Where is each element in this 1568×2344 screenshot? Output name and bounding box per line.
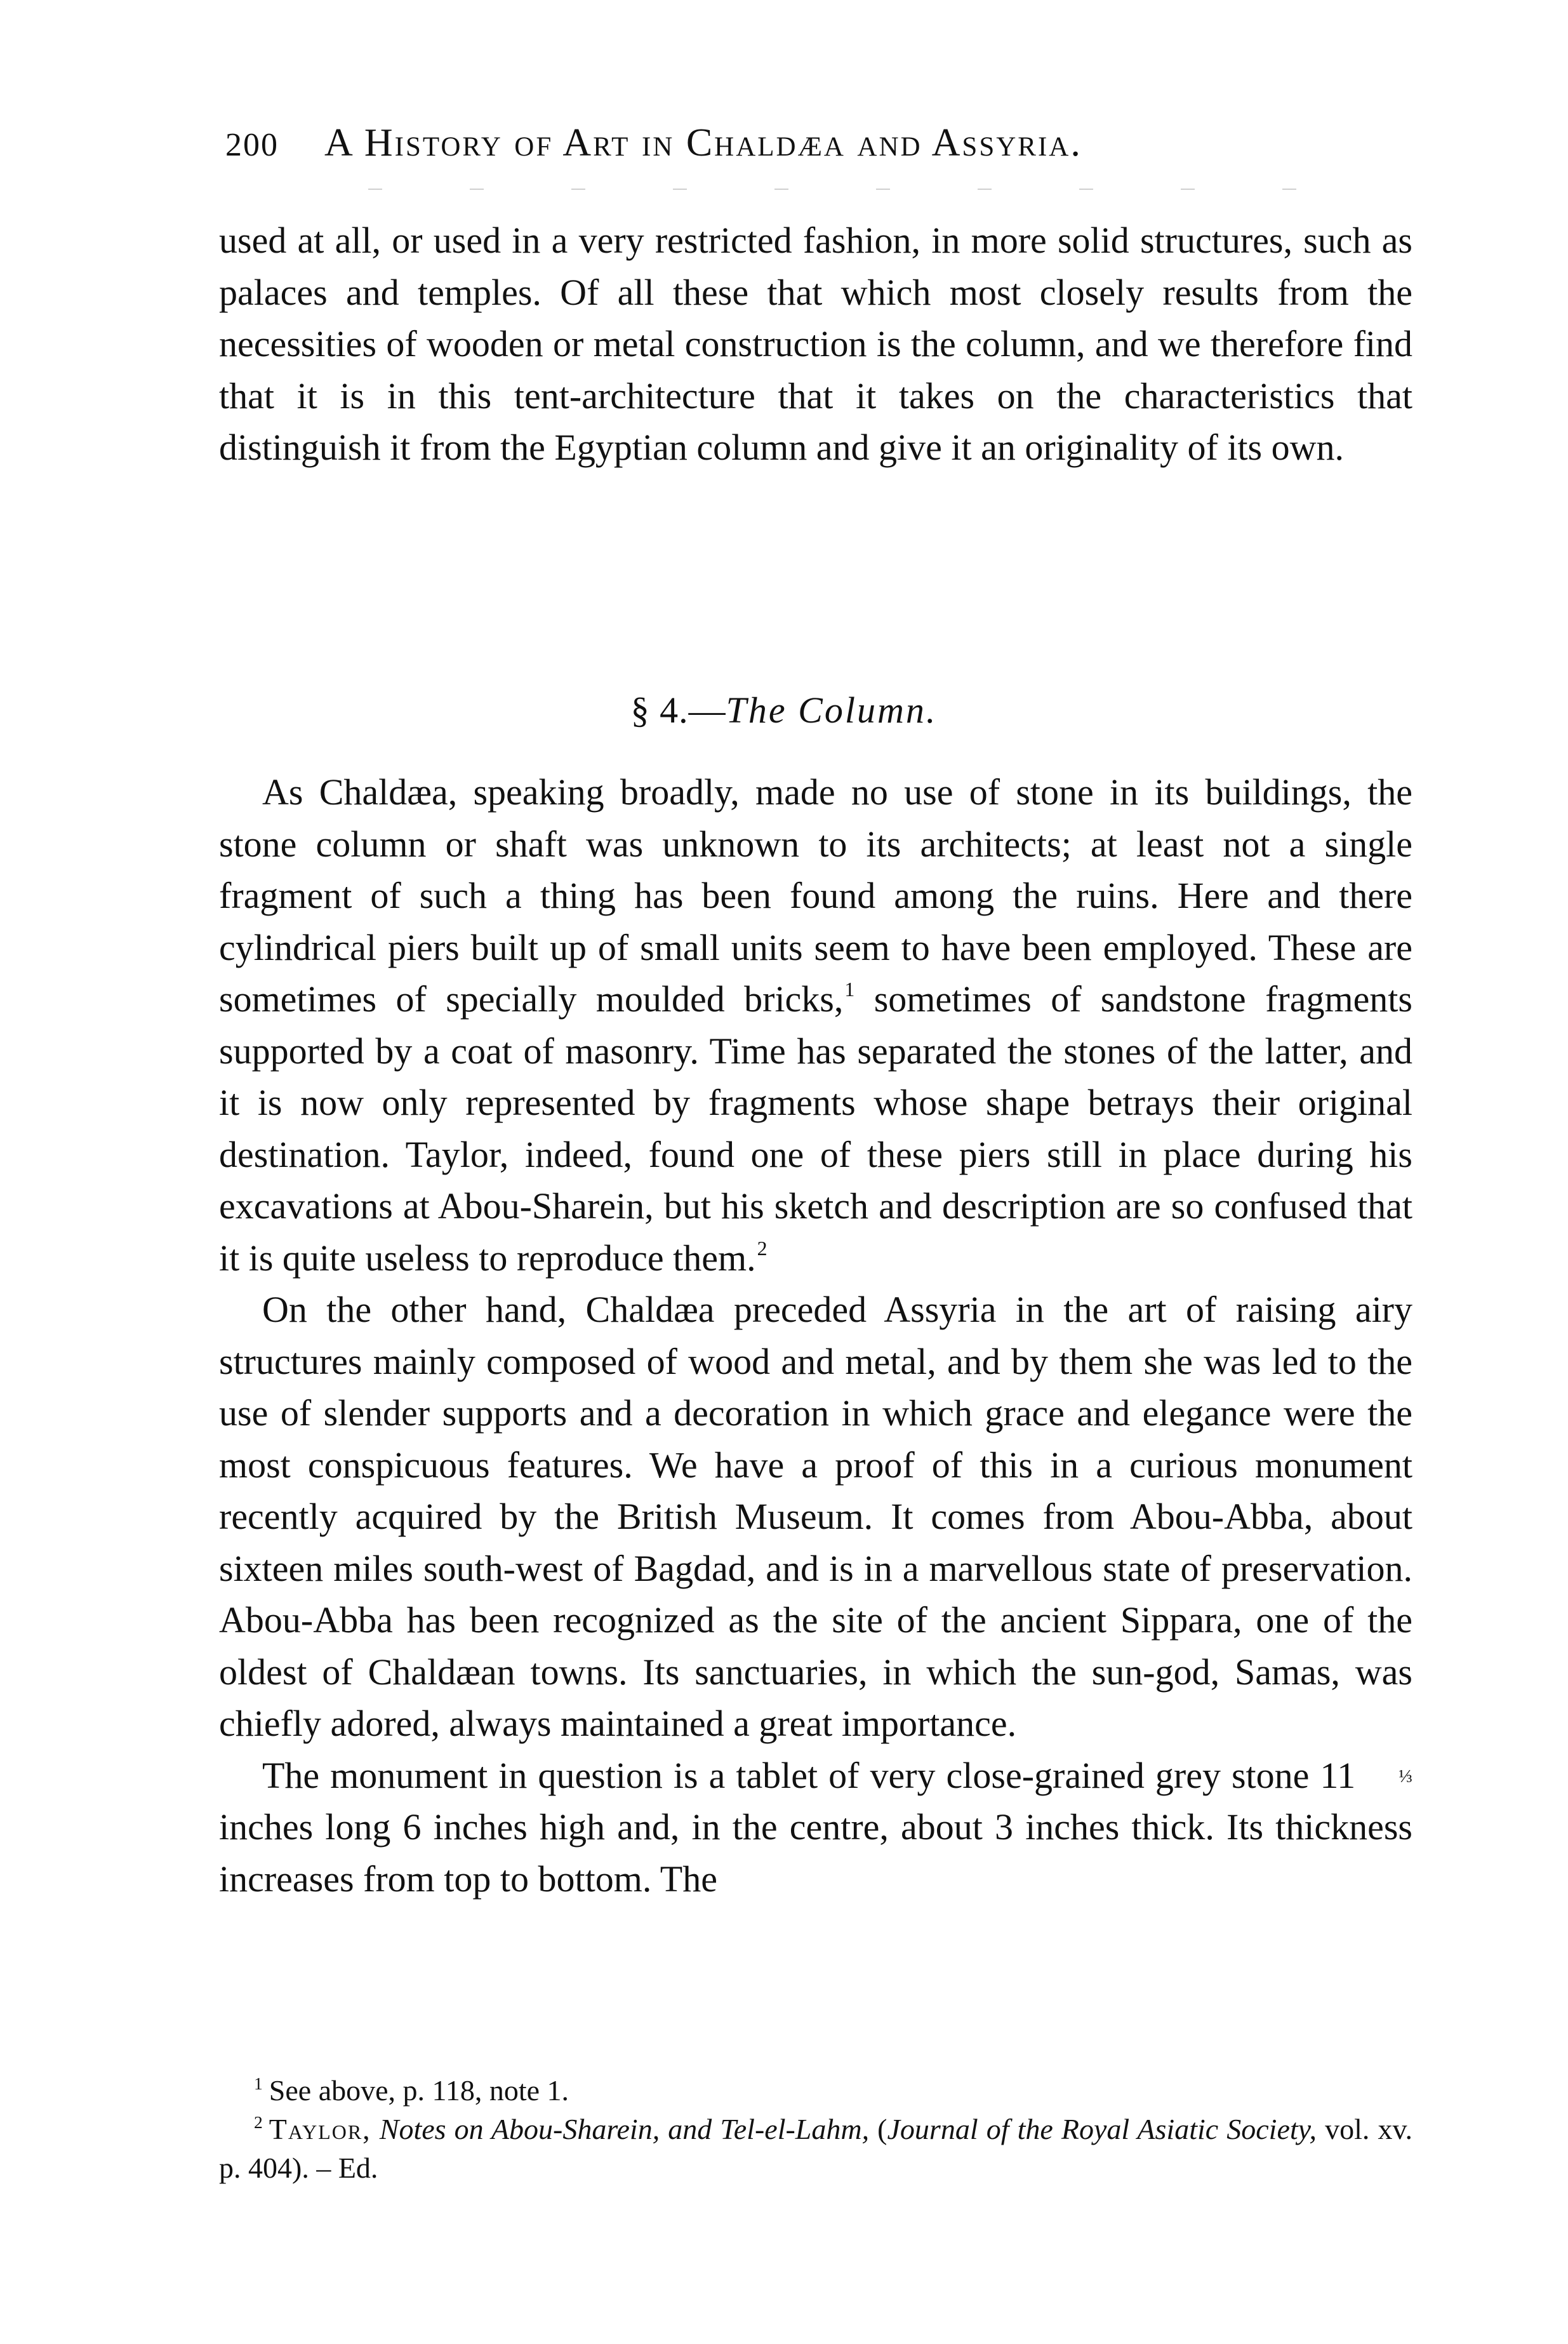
body-text-top: used at all, or used in a very restricte… [219,215,1412,474]
running-title: A History of Art in Chaldæa and Assyria. [324,121,1082,166]
footnote-title: Notes on Abou-Sharein, and Tel-el-Lahm, [380,2113,869,2145]
footnote-2: 2Taylor, Notes on Abou-Sharein, and Tel-… [219,2110,1412,2187]
footnote-ref-1[interactable]: 1 [844,978,854,1001]
paragraph-airy-structures: On the other hand, Chaldæa preceded Assy… [219,1284,1412,1750]
paragraph-monument: The monument in question is a tablet of … [219,1750,1412,1905]
section-heading: § 4.—The Column. [0,689,1568,731]
footnote-ref-2[interactable]: 2 [757,1237,767,1260]
section-number: § 4.— [631,689,726,731]
paragraph-column-intro: As Chaldæa, speaking broadly, made no us… [219,766,1412,1284]
footnote-1: 1See above, p. 118, note 1. [219,2071,1412,2110]
footnote-marker: 1 [254,2074,263,2093]
footnote-text: See above, p. 118, note 1. [269,2074,569,2107]
footnotes: 1See above, p. 118, note 1. 2Taylor, Not… [219,2071,1412,2187]
paragraph-text: The monument in question is a tablet of … [262,1755,1355,1796]
header-rule [368,189,1384,190]
page-number: 200 [225,126,279,164]
footnote-journal: Journal of the Royal Asiatic Society, [887,2113,1317,2145]
paragraph-text: sometimes of sandstone fragments support… [219,978,1412,1279]
book-page: 200 A History of Art in Chaldæa and Assy… [0,0,1568,2344]
section-title: The Column. [726,689,938,731]
paragraph-text: inches long 6 inches high and, in the ce… [219,1806,1412,1900]
body-text-section: As Chaldæa, speaking broadly, made no us… [219,766,1412,1905]
fraction: ⅓ [1355,1768,1412,1786]
paragraph-continued: used at all, or used in a very restricte… [219,215,1412,474]
footnote-paren: ( [869,2113,887,2145]
footnote-author: Taylor, [269,2113,371,2145]
running-header: 200 A History of Art in Chaldæa and Assy… [225,121,1406,178]
footnote-marker: 2 [254,2112,263,2132]
